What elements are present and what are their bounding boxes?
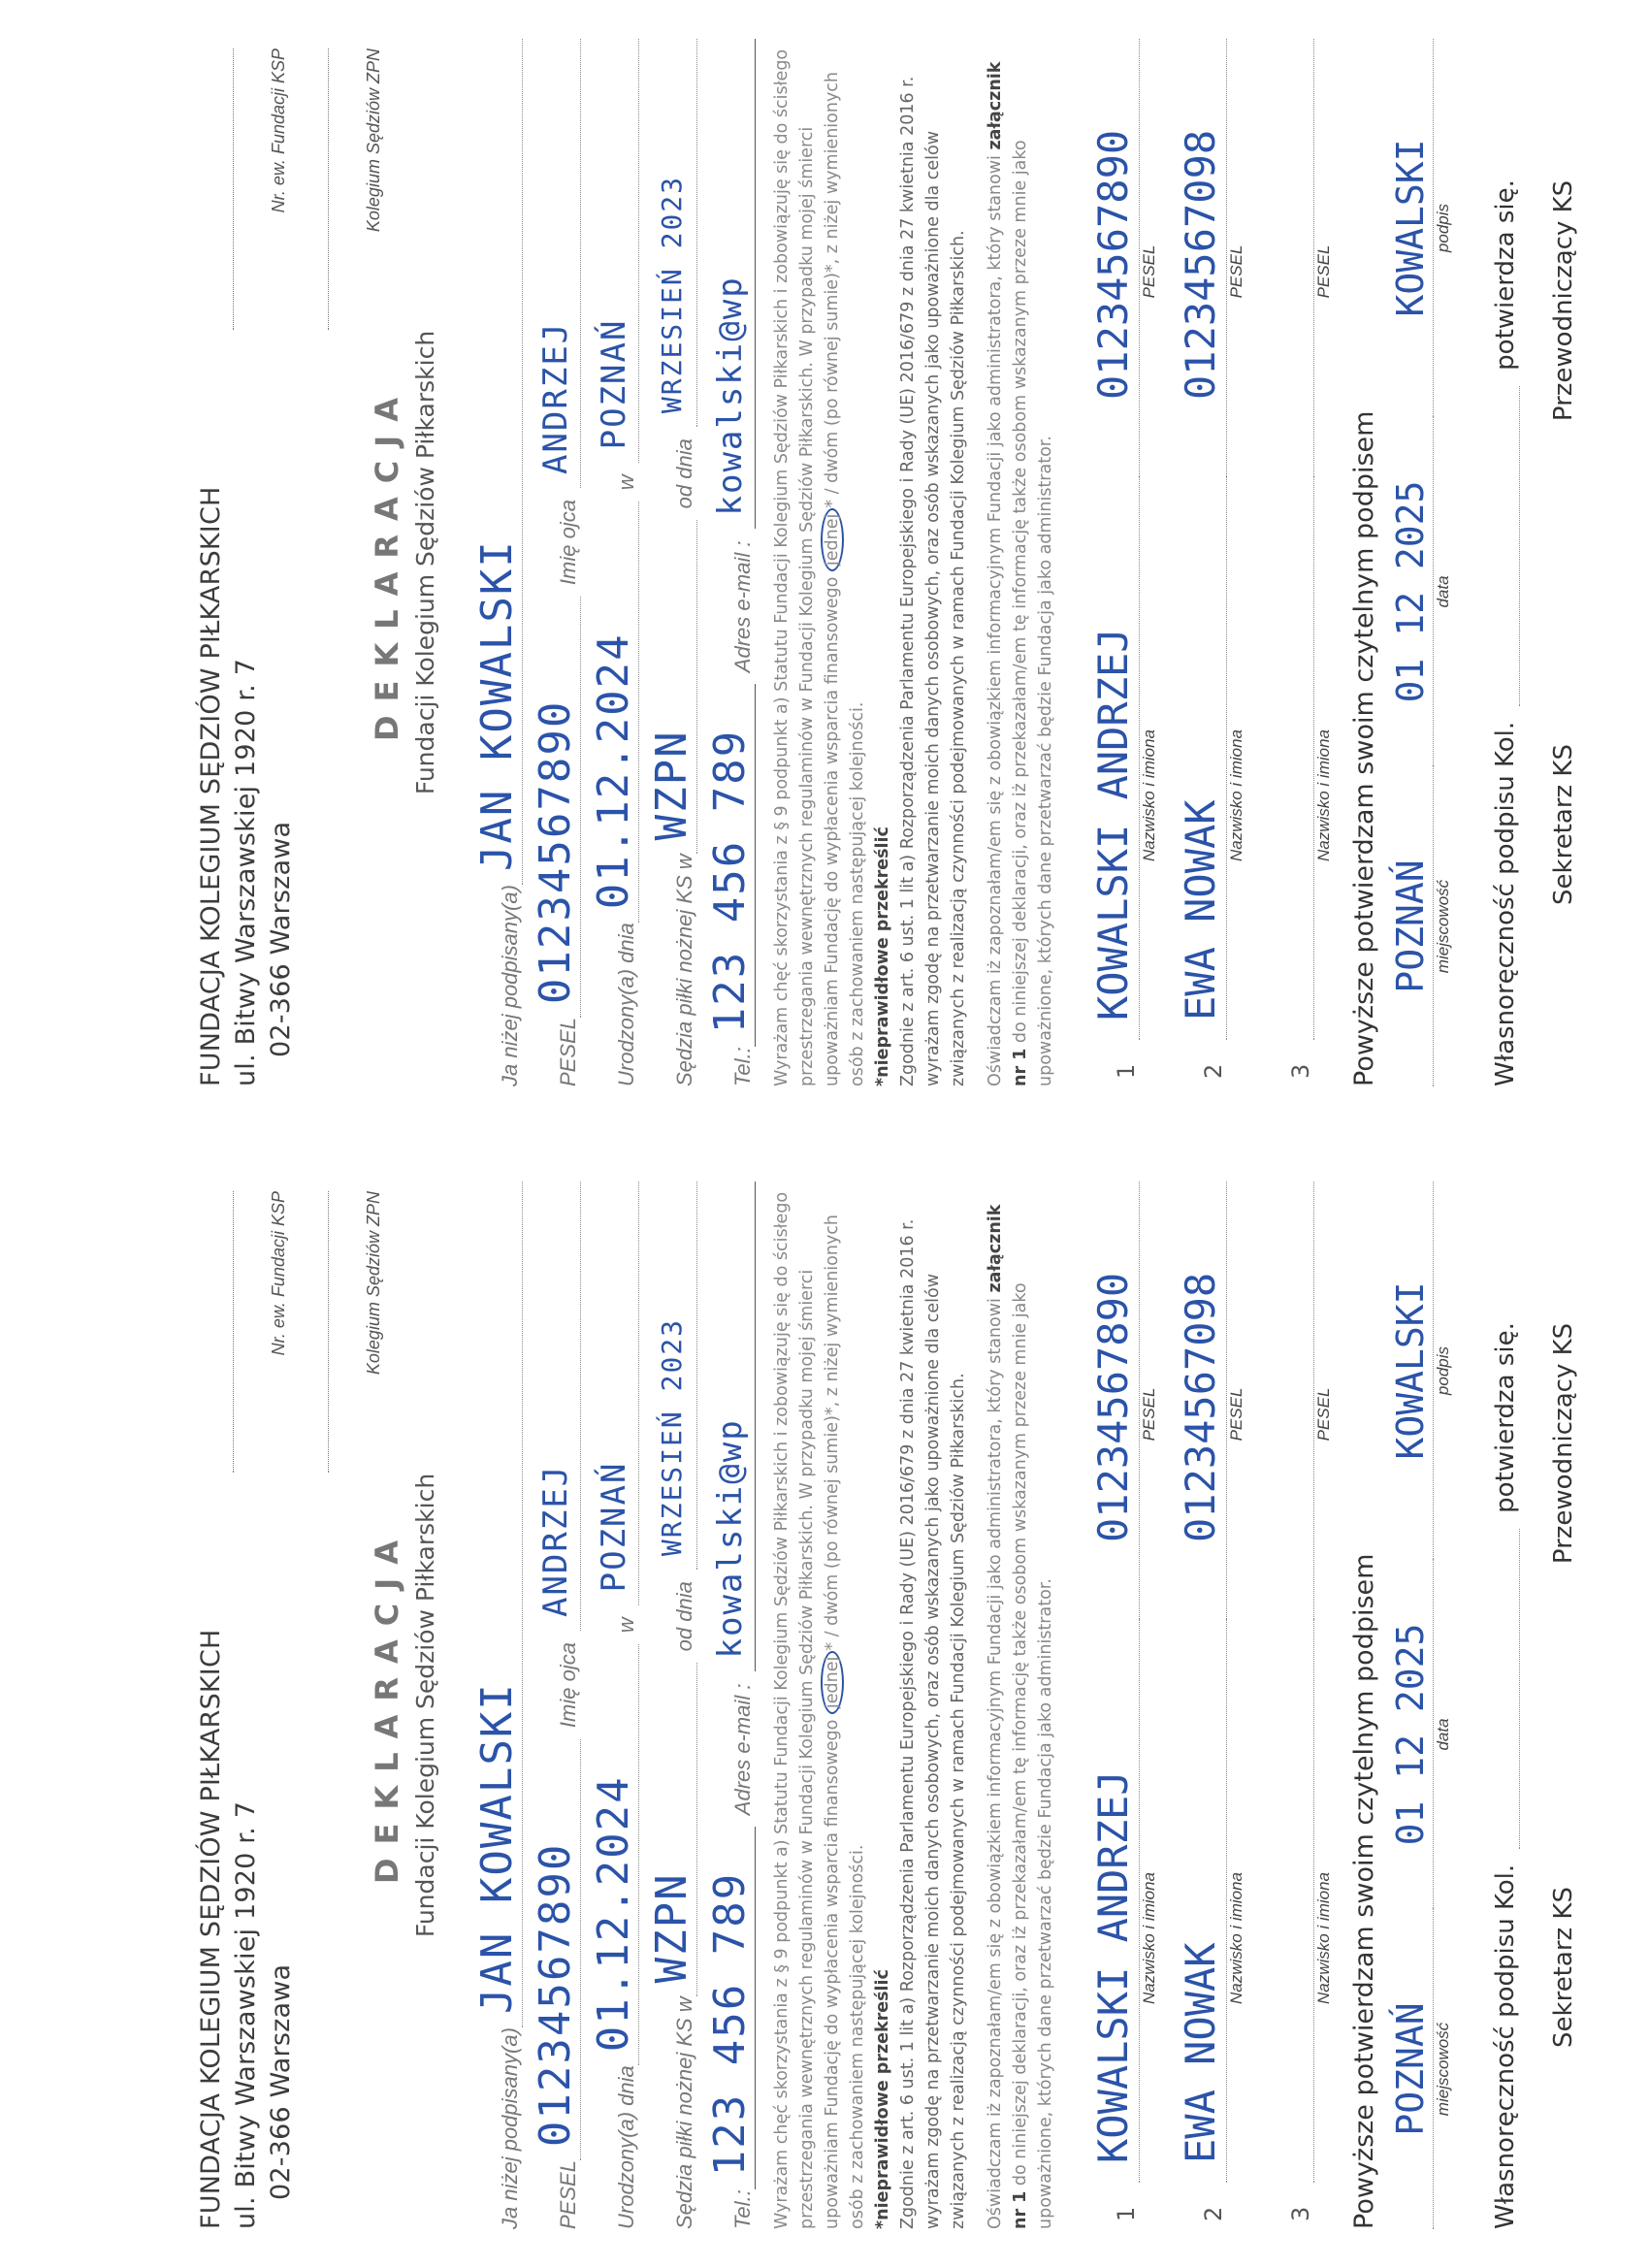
beneficiary-captions: Nazwisko i imionaPESEL [1140,1182,1161,2229]
field-referee-ks[interactable]: WZPN [648,1663,697,1996]
pesel-caption: PESEL [1227,39,1248,504]
reg-number-caption: Nr. ew. Fundacji KSP [269,1191,289,1473]
field-since-date[interactable]: WRZESIEŃ 2023 [648,39,697,427]
beneficiary-row: 1KOWALSKI ANDRZEJ01234567890 [1074,39,1140,1086]
beneficiary-row: 1KOWALSKI ANDRZEJ01234567890 [1074,1182,1140,2229]
verify-suffix: potwierdza się. [1491,179,1520,371]
beneficiary-pesel-field[interactable]: 01234567098 [1176,39,1227,477]
date-caption: data [1434,417,1453,766]
label-tel: Tel.: [730,2189,756,2229]
verify-suffix: potwierdza się. [1491,1322,1520,1513]
referee-college-caption: Kolegium Sędziów ZPN [364,1191,384,1473]
beneficiary-row: 3 [1248,39,1314,1086]
footnote: *nieprawidłowe przekreślić [870,39,895,1086]
label-born-in: w [614,463,639,502]
field-signature[interactable]: KOWALSKI [1388,39,1434,417]
field-since-date[interactable]: WRZESIEŃ 2023 [648,1182,697,1570]
beneficiary-number: 3 [1287,1040,1314,1086]
field-signed-name[interactable]: JAN KOWALSKI [473,39,523,885]
beneficiary-pesel-field[interactable]: 01234567098 [1176,1182,1227,1620]
document-subtitle: Fundacji Kolegium Sędziów Piłkarskich [411,1182,439,2229]
field-email[interactable]: kowalski@wp [706,1182,756,1672]
beneficiary-name-field[interactable]: EWA NOWAK [1176,1620,1227,2183]
label-pesel: PESEL [556,2160,581,2229]
declaration-form-lower: FUNDACJA KOLEGIUM SĘDZIÓW PIŁKARSKICH ul… [97,1143,1610,2268]
confirm-text: Powyższe potwierdzam swoim czytelnym pod… [1349,39,1379,1086]
beneficiary-pesel-field[interactable] [1313,1182,1314,1620]
footnote: *nieprawidłowe przekreślić [870,1182,895,2229]
information-duty-paragraph: Oświadczam iż zapoznałam/em się z obowią… [983,1182,1058,2229]
circled-choice[interactable]: jednej [821,1651,844,1714]
document-subtitle: Fundacji Kolegium Sędziów Piłkarskich [411,39,439,1086]
label-signed: Ja niżej podpisany(a) [498,885,523,1086]
row-pesel: PESEL 01234567890 Imię ojca ANDRZEJ [523,39,581,1086]
signature-captions: miejscowość data podpis [1434,1182,1453,2229]
signature-caption: podpis [1434,39,1453,417]
officials: Sekretarz KS Przewodniczący KS [1549,1182,1578,2229]
pesel-caption: PESEL [1140,39,1161,504]
name-caption: Nazwisko i imiona [1227,1647,1248,2229]
row-pesel: PESEL 01234567890 Imię ojca ANDRZEJ [523,1182,581,2229]
personal-fields: Ja niżej podpisany(a) JAN KOWALSKI PESEL… [465,39,756,1086]
label-referee-in: Sędzia piłki nożnej KS w [672,854,697,1086]
date-caption: data [1434,1560,1453,1909]
label-born-on: Urodzony(a) dnia [614,923,639,1086]
field-place[interactable]: POZNAŃ [1388,766,1434,1086]
label-tel: Tel.: [730,1047,756,1086]
field-date[interactable]: 01 12 2025 [1388,417,1434,766]
declaration-paragraph-1: Wyrażam chęć skorzystania z § 9 podpunkt… [769,39,870,1086]
row-signed: Ja niżej podpisany(a) JAN KOWALSKI [465,1182,523,2229]
beneficiary-number: 1 [1113,1040,1140,1086]
verify-name-field[interactable] [1490,1529,1520,1849]
row-referee: Sędzia piłki nożnej KS w WZPN od dnia WR… [639,1182,697,2229]
verify-prefix: Własnoręczność podpisu Kol. [1491,722,1520,1086]
label-born-on: Urodzony(a) dnia [614,2065,639,2229]
field-pesel[interactable]: 01234567890 [532,1739,581,2160]
declaration-body: Wyrażam chęć skorzystania z § 9 podpunkt… [769,1182,1058,2229]
form-header: FUNDACJA KOLEGIUM SĘDZIÓW PIŁKARSKICH ul… [194,1182,310,2229]
beneficiary-pesel-field[interactable]: 01234567890 [1088,1182,1140,1620]
label-since: od dnia [672,427,697,520]
beneficiary-name-field[interactable] [1313,1620,1314,2183]
place-caption: miejscowość [1434,766,1453,1086]
personal-fields: Ja niżej podpisany(a) JAN KOWALSKI PESEL… [465,1182,756,2229]
beneficiary-row: 2EWA NOWAK01234567098 [1161,1182,1227,2229]
declaration-form-upper: FUNDACJA KOLEGIUM SĘDZIÓW PIŁKARSKICH ul… [97,0,1610,1125]
information-duty-paragraph: Oświadczam iż zapoznałam/em się z obowią… [983,39,1058,1086]
beneficiary-name-field[interactable]: EWA NOWAK [1176,477,1227,1040]
row-birth: Urodzony(a) dnia 01.12.2024 w POZNAŃ [581,1182,639,2229]
beneficiary-captions: Nazwisko i imionaPESEL [1140,39,1161,1086]
signature-captions: miejscowość data podpis [1434,39,1453,1086]
beneficiary-number: 3 [1287,2183,1314,2229]
reg-number-field[interactable] [233,49,267,330]
beneficiary-captions: Nazwisko i imionaPESEL [1314,39,1336,1086]
signature-verification: Własnoręczność podpisu Kol. potwierdza s… [1490,39,1520,1086]
reg-number-field[interactable] [233,1191,267,1473]
place-caption: miejscowość [1434,1909,1453,2229]
beneficiary-row: 3 [1248,1182,1314,2229]
declaration-body: Wyrażam chęć skorzystania z § 9 podpunkt… [769,39,1058,1086]
name-caption: Nazwisko i imiona [1140,504,1161,1086]
pesel-caption: PESEL [1314,1182,1336,1647]
pesel-caption: PESEL [1314,39,1336,504]
beneficiary-number: 2 [1200,2183,1227,2229]
field-signature[interactable]: KOWALSKI [1388,1182,1434,1560]
field-signed-name[interactable]: JAN KOWALSKI [473,1182,523,2027]
pesel-caption: PESEL [1227,1182,1248,1647]
form-header: FUNDACJA KOLEGIUM SĘDZIÓW PIŁKARSKICH ul… [194,39,310,1086]
gdpr-consent-paragraph: Zgodnie z art. 6 ust. 1 lit a) Rozporząd… [895,1182,971,2229]
field-birth-place[interactable]: POZNAŃ [590,39,639,463]
role-secretary: Sekretarz KS [1549,1705,1578,2229]
referee-college-field[interactable] [328,1191,362,1473]
beneficiary-number: 2 [1200,1040,1227,1086]
label-email: Adres e-mail : [730,530,756,685]
name-caption: Nazwisko i imiona [1140,1647,1161,2229]
name-caption: Nazwisko i imiona [1314,1647,1336,2229]
row-referee: Sędzia piłki nożnej KS w WZPN od dnia WR… [639,39,697,1086]
label-father-name: Imię ojca [556,488,581,597]
declaration-paragraph-1: Wyrażam chęć skorzystania z § 9 podpunkt… [769,1182,870,2229]
beneficiary-pesel-field[interactable] [1313,39,1314,477]
pesel-caption: PESEL [1140,1182,1161,1647]
referee-college-field[interactable] [328,49,362,330]
field-tel[interactable]: 123 456 789 [706,1827,756,2189]
field-birth-place[interactable]: POZNAŃ [590,1182,639,1605]
role-chairman: Przewodniczący KS [1549,1182,1578,1705]
field-referee-ks[interactable]: WZPN [648,520,697,854]
beneficiary-row: 2EWA NOWAK01234567098 [1161,39,1227,1086]
beneficiary-name-field[interactable]: KOWALSKI ANDRZEJ [1088,1620,1140,2183]
confirm-text: Powyższe potwierdzam swoim czytelnym pod… [1349,1182,1379,2229]
reg-number-caption: Nr. ew. Fundacji KSP [269,49,289,330]
field-father-name[interactable]: ANDRZEJ [532,1182,581,1631]
field-father-name[interactable]: ANDRZEJ [532,39,581,488]
field-place[interactable]: POZNAŃ [1388,1909,1434,2229]
label-email: Adres e-mail : [730,1672,756,1828]
beneficiary-number: 1 [1113,2183,1140,2229]
label-signed: Ja niżej podpisany(a) [498,2027,523,2229]
referee-college-caption: Kolegium Sędziów ZPN [364,49,384,330]
beneficiary-captions: Nazwisko i imionaPESEL [1227,39,1248,1086]
label-father-name: Imię ojca [556,1631,581,1739]
registration-box: Nr. ew. Fundacji KSP Kolegium Sędziów ZP… [233,1191,384,1473]
field-birth-date[interactable]: 01.12.2024 [590,502,639,923]
label-pesel: PESEL [556,1018,581,1086]
beneficiary-pesel-field[interactable]: 01234567890 [1088,39,1140,477]
gdpr-consent-paragraph: Zgodnie z art. 6 ust. 1 lit a) Rozporząd… [895,39,971,1086]
beneficiaries-list: 1KOWALSKI ANDRZEJ01234567890Nazwisko i i… [1074,1182,1336,2229]
officials: Sekretarz KS Przewodniczący KS [1549,39,1578,1086]
registration-box: Nr. ew. Fundacji KSP Kolegium Sędziów ZP… [233,49,384,330]
org-name: FUNDACJA KOLEGIUM SĘDZIÓW PIŁKARSKICH [194,39,229,1086]
row-birth: Urodzony(a) dnia 01.12.2024 w POZNAŃ [581,39,639,1086]
row-contact: Tel.: 123 456 789 Adres e-mail : kowalsk… [697,39,756,1086]
signature-verification: Własnoręczność podpisu Kol. potwierdza s… [1490,1182,1520,2229]
row-signed: Ja niżej podpisany(a) JAN KOWALSKI [465,39,523,1086]
field-date[interactable]: 01 12 2025 [1388,1560,1434,1909]
field-email[interactable]: kowalski@wp [706,39,756,530]
beneficiary-name-field[interactable]: KOWALSKI ANDRZEJ [1088,477,1140,1040]
circled-choice[interactable]: jednej [821,508,844,571]
field-birth-date[interactable]: 01.12.2024 [590,1644,639,2065]
beneficiaries-list: 1KOWALSKI ANDRZEJ01234567890Nazwisko i i… [1074,39,1336,1086]
signature-row: POZNAŃ 01 12 2025 KOWALSKI [1379,39,1434,1086]
org-name: FUNDACJA KOLEGIUM SĘDZIÓW PIŁKARSKICH [194,1182,229,2229]
verify-prefix: Własnoręczność podpisu Kol. [1491,1864,1520,2229]
row-contact: Tel.: 123 456 789 Adres e-mail : kowalsk… [697,1182,756,2229]
beneficiary-captions: Nazwisko i imionaPESEL [1227,1182,1248,2229]
label-referee-in: Sędzia piłki nożnej KS w [672,1996,697,2229]
field-tel[interactable]: 123 456 789 [706,684,756,1047]
beneficiary-captions: Nazwisko i imionaPESEL [1314,1182,1336,2229]
verify-name-field[interactable] [1490,386,1520,706]
role-chairman: Przewodniczący KS [1549,39,1578,563]
role-secretary: Sekretarz KS [1549,563,1578,1086]
field-pesel[interactable]: 01234567890 [532,597,581,1018]
name-caption: Nazwisko i imiona [1227,504,1248,1086]
signature-row: POZNAŃ 01 12 2025 KOWALSKI [1379,1182,1434,2229]
beneficiary-name-field[interactable] [1313,477,1314,1040]
label-born-in: w [614,1605,639,1644]
signature-caption: podpis [1434,1182,1453,1560]
name-caption: Nazwisko i imiona [1314,504,1336,1086]
label-since: od dnia [672,1570,697,1663]
